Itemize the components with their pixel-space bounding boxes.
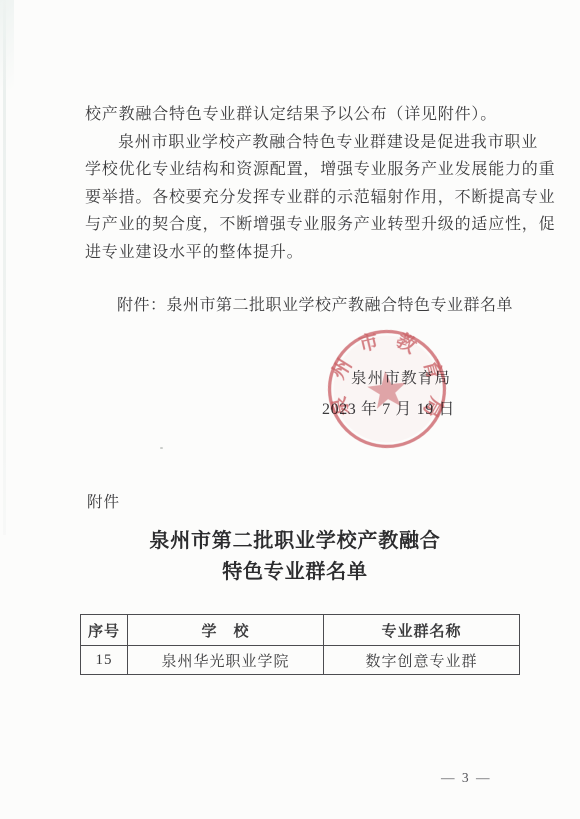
specialty-group-table: 序号 学 校 专业群名称 15 泉州华光职业学院 数字创意专业群	[80, 614, 520, 675]
table-header-row: 序号 学 校 专业群名称	[81, 615, 520, 646]
page-number: — 3 —	[441, 770, 492, 786]
header-school: 学 校	[128, 615, 324, 646]
body-paragraphs: 校产教融合特色专业群认定结果予以公布（详见附件）。 泉州市职业学校产教融合特色专…	[85, 101, 523, 267]
body-line: 泉州市职业学校产教融合特色专业群建设是促进我市职业	[85, 129, 523, 157]
scan-speck	[160, 447, 163, 449]
body-line: 要举措。各校要充分发挥专业群的示范辐射作用，不断提高专业	[85, 184, 523, 212]
cell-school: 泉州华光职业学院	[128, 646, 324, 675]
scanned-document-page: 校产教融合特色专业群认定结果予以公布（详见附件）。 泉州市职业学校产教融合特色专…	[0, 0, 580, 819]
attachment-title: 泉州市第二批职业学校产教融合 特色专业群名单	[10, 526, 580, 587]
official-red-seal: 泉州市教育局	[320, 322, 454, 456]
attachment-title-line2: 特色专业群名单	[10, 557, 580, 588]
scan-corner-shading	[0, 0, 14, 90]
attachment-reference-line: 附件：泉州市第二批职业学校产教融合特色专业群名单	[85, 292, 545, 319]
cell-serial-number: 15	[81, 646, 128, 675]
cell-group-name: 数字创意专业群	[324, 646, 520, 675]
attachment-label: 附件	[87, 490, 120, 512]
body-line: 与产业的契合度，不断增强专业服务产业转型升级的适应性，促	[85, 211, 523, 239]
table-row: 15 泉州华光职业学院 数字创意专业群	[81, 646, 520, 675]
body-line: 学校优化专业结构和资源配置，增强专业服务产业发展能力的重	[85, 156, 523, 184]
header-serial-number: 序号	[81, 615, 128, 646]
body-line: 进专业建设水平的整体提升。	[85, 239, 523, 267]
attachment-title-line1: 泉州市第二批职业学校产教融合	[10, 526, 580, 557]
body-line: 校产教融合特色专业群认定结果予以公布（详见附件）。	[85, 101, 523, 129]
header-group-name: 专业群名称	[324, 615, 520, 646]
